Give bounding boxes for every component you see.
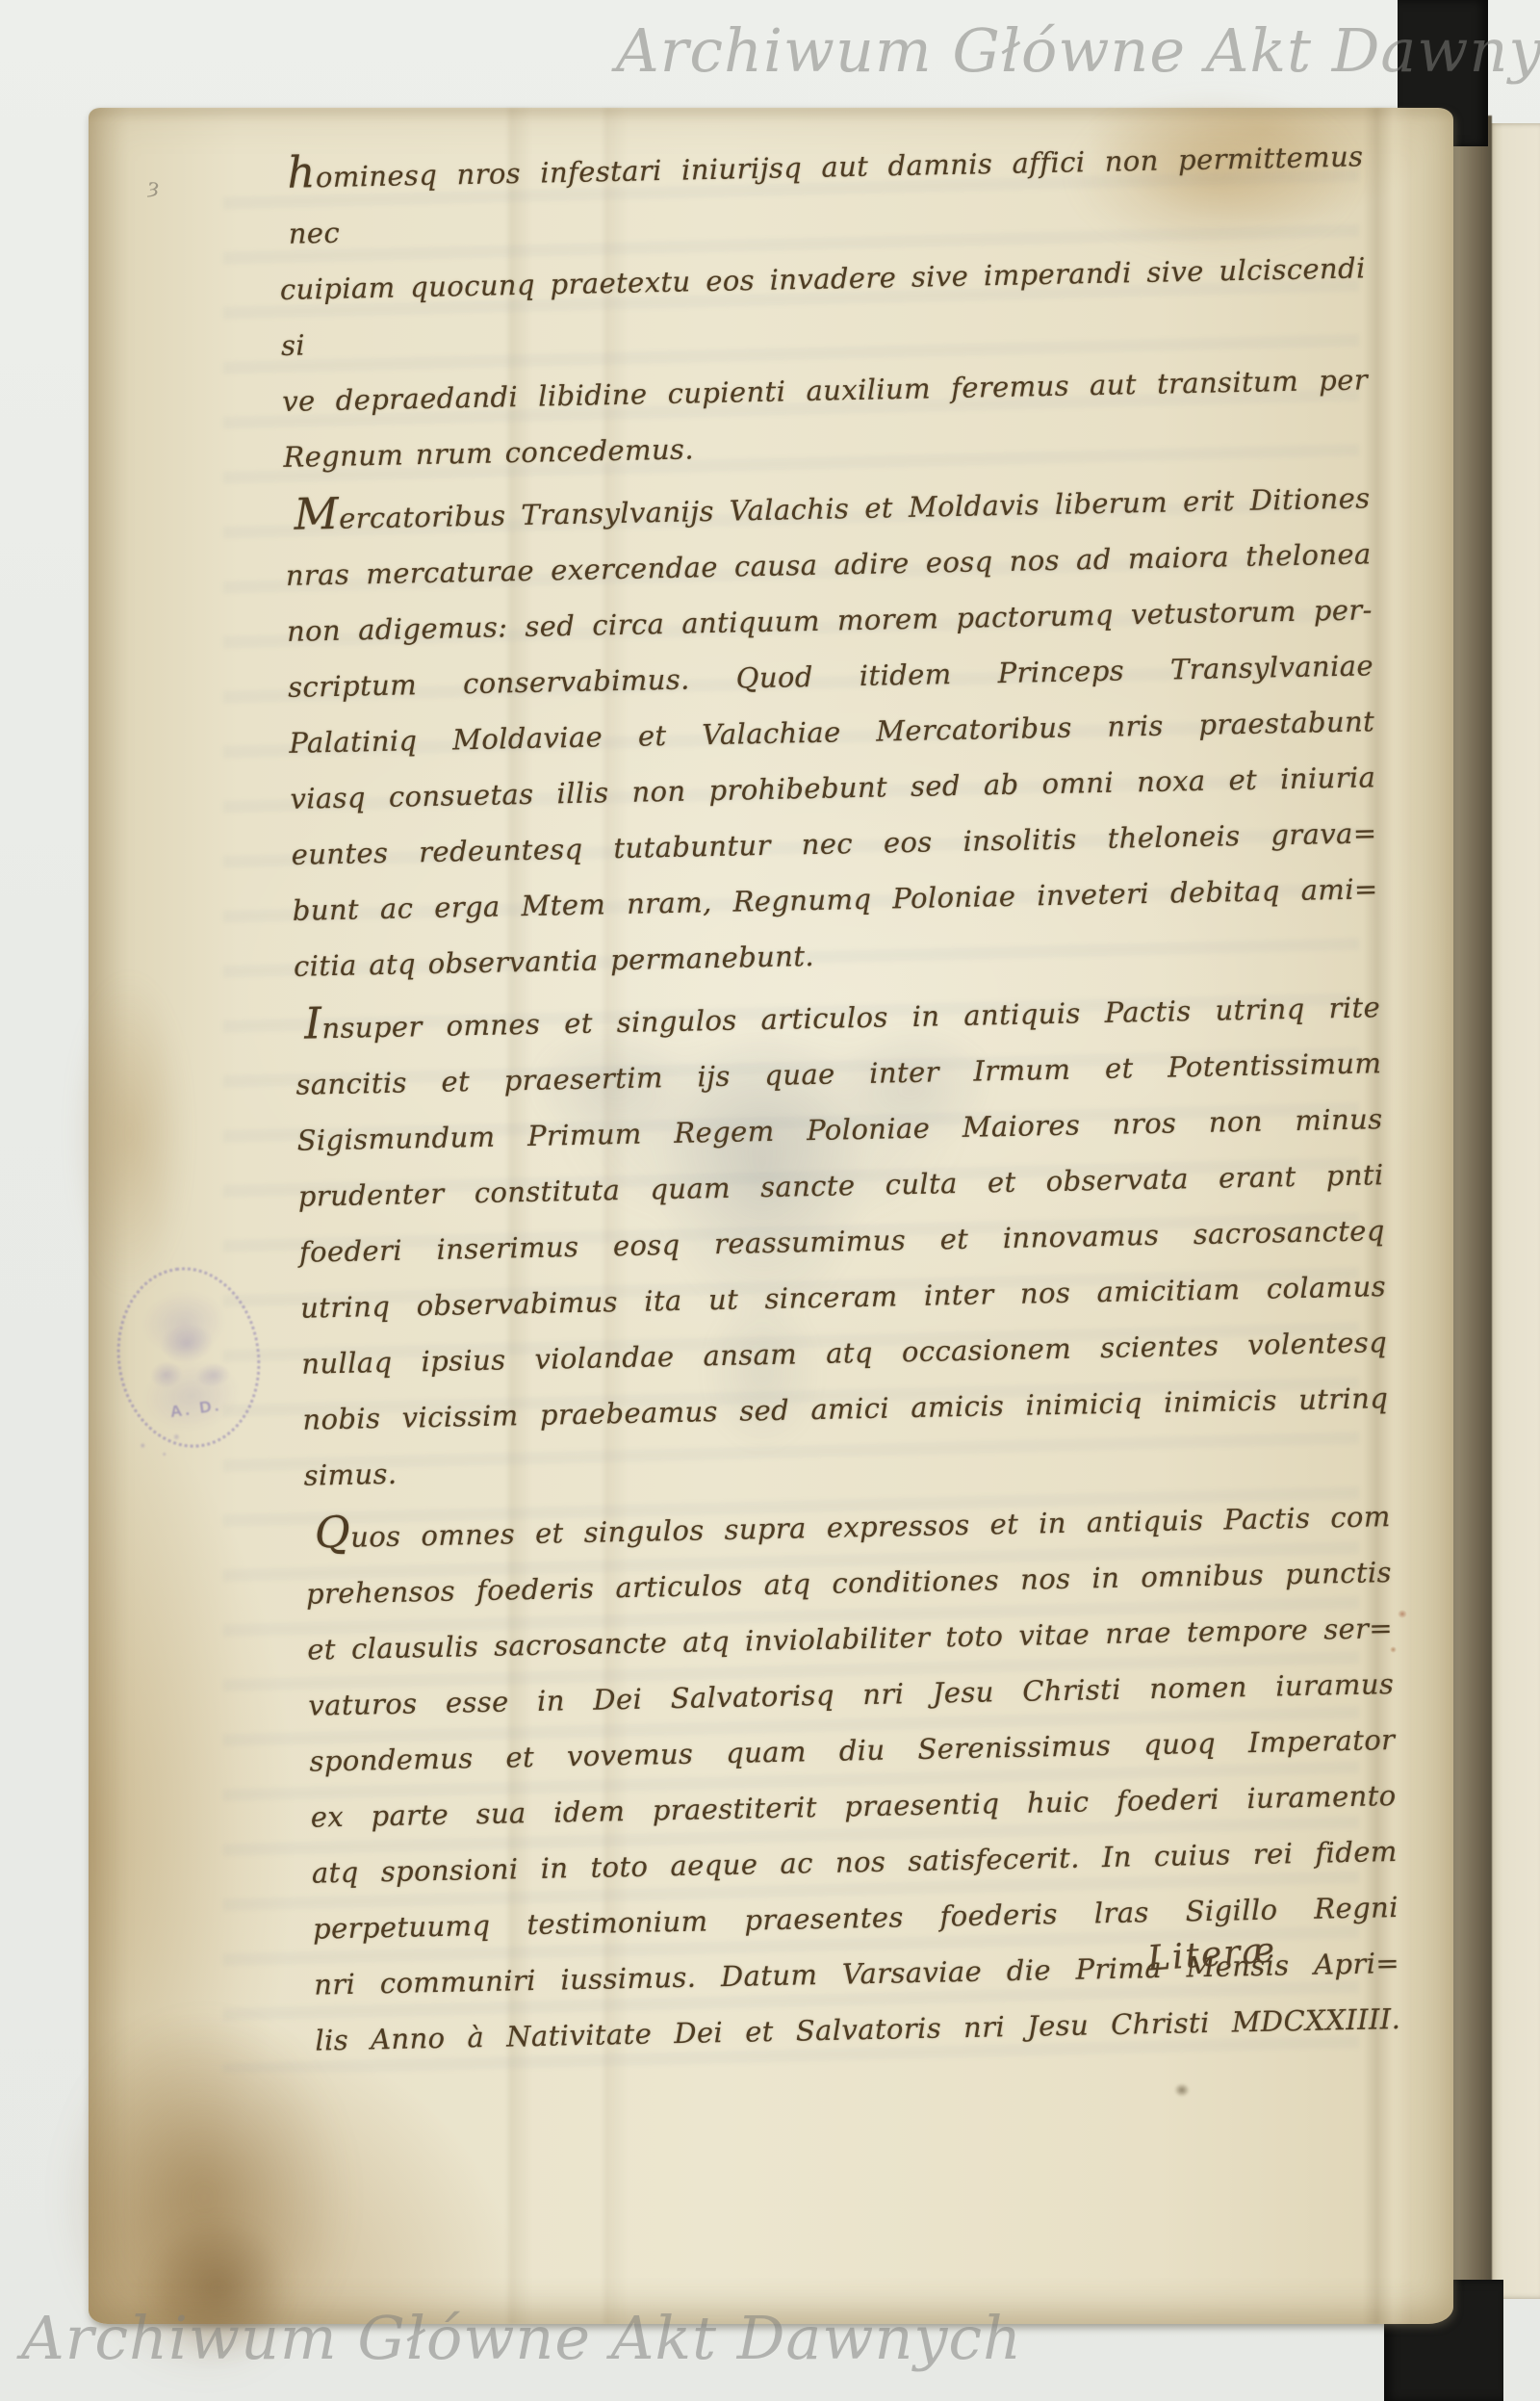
manuscript-line: cuipiam quocunq praetextu eos invadere s… [279, 240, 1367, 374]
ink-spot [1174, 2083, 1190, 2097]
adjacent-page-edge [1487, 123, 1540, 2299]
damp-stain [146, 2216, 291, 2361]
damp-stain [60, 2014, 348, 2380]
archive-stamp: A. D. [101, 1253, 276, 1461]
stamp-smudge [129, 1424, 192, 1470]
manuscript-page: ȝ hominesq nros infestari iniurijsq aut … [89, 108, 1453, 2324]
manuscript-line: nobis vicissim praebeamus sed amici amic… [302, 1370, 1390, 1504]
edge-stain [71, 974, 187, 1292]
manuscript-paragraph: Insuper omnes et singulos articulos in a… [295, 979, 1390, 1504]
foxing-spot [1398, 1610, 1407, 1618]
manuscript-line: hominesq nros infestari iniurijsq aut da… [277, 128, 1365, 262]
manuscript-paragraph: hominesq nros infestari iniurijsq aut da… [277, 128, 1370, 485]
manuscript-paragraph: Quos omnes et singulos supra expressos e… [304, 1488, 1400, 2069]
manuscript-text: hominesq nros infestari iniurijsq aut da… [277, 128, 1401, 2075]
manuscript-paragraph: Mercatoribus Transylvanijs Valachis et M… [284, 470, 1379, 994]
pencil-annotation: ȝ [146, 174, 162, 200]
